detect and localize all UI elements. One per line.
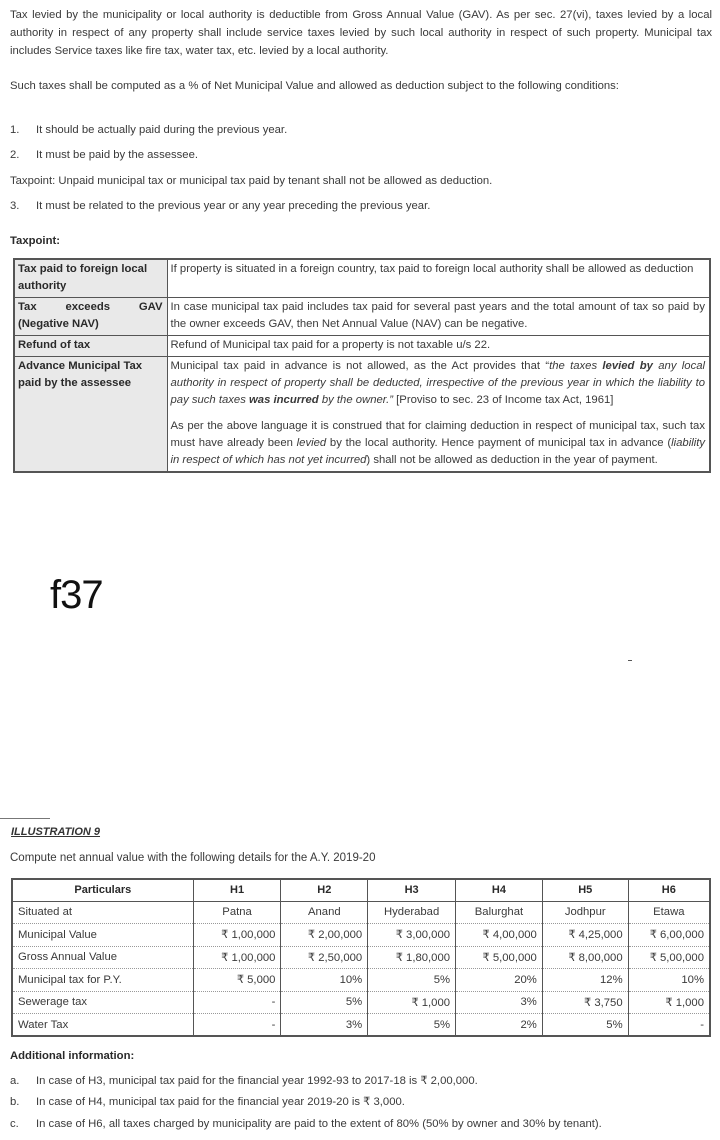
table-row: Water Tax-3%5%2%5%-: [12, 1014, 710, 1037]
illustration-title: ILLUSTRATION 9: [11, 826, 100, 838]
table-row: Tax paid to foreign local authority If p…: [14, 259, 710, 298]
table-cell: 5%: [281, 991, 368, 1014]
row-value-paragraph: As per the above language it is construe…: [171, 418, 706, 469]
condition-number: 3.: [10, 198, 36, 214]
table-cell: 5%: [368, 969, 456, 992]
row-key: Tax exceeds GAV (Negative NAV): [14, 298, 167, 336]
table-cell: -: [193, 1014, 281, 1037]
additional-info-item: a.In case of H3, municipal tax paid for …: [10, 1073, 478, 1089]
table-cell: Hyderabad: [368, 901, 456, 924]
text-run: ) shall not be allowed as deduction in t…: [366, 454, 657, 466]
text-run: was incurred: [249, 394, 319, 406]
table-row: Refund of tax Refund of Municipal tax pa…: [14, 336, 710, 357]
table-cell: ₹ 1,000: [628, 991, 710, 1014]
table-row: Sewerage tax-5%₹ 1,0003%₹ 3,750₹ 1,000: [12, 991, 710, 1014]
row-key: Refund of tax: [14, 336, 167, 357]
text-run: by the local authority. Hence payment of…: [326, 437, 671, 449]
illustration-table: Particulars H1 H2 H3 H4 H5 H6 Situated a…: [11, 878, 711, 1037]
intro-paragraph-1: Tax levied by the municipality or local …: [10, 6, 712, 60]
table-cell: ₹ 2,00,000: [281, 924, 368, 947]
table-cell: ₹ 5,00,000: [628, 946, 710, 969]
text-run: the taxes: [549, 360, 602, 372]
row-key-word: exceeds: [65, 299, 110, 316]
item-text: In case of H6, all taxes charged by muni…: [36, 1118, 602, 1130]
intro-paragraph-2: Such taxes shall be computed as a % of N…: [10, 77, 712, 95]
table-cell: Etawa: [628, 901, 710, 924]
column-header: H2: [281, 879, 368, 901]
table-cell: 3%: [456, 991, 543, 1014]
row-label: Situated at: [12, 901, 193, 924]
additional-info-item: c.In case of H6, all taxes charged by mu…: [10, 1116, 602, 1132]
column-header: H6: [628, 879, 710, 901]
table-cell: -: [193, 991, 281, 1014]
taxpoint-table: Tax paid to foreign local authority If p…: [13, 258, 711, 473]
text-run: Municipal tax paid in advance is not all…: [171, 360, 550, 372]
divider: [0, 818, 50, 819]
table-cell: ₹ 4,00,000: [456, 924, 543, 947]
table-cell: 20%: [456, 969, 543, 992]
row-value: In case municipal tax paid includes tax …: [167, 298, 710, 336]
text-run: [Proviso to sec. 23 of Income tax Act, 1…: [393, 394, 613, 406]
table-cell: ₹ 1,00,000: [193, 924, 281, 947]
table-cell: ₹ 6,00,000: [628, 924, 710, 947]
row-key-line: (Negative NAV): [18, 316, 163, 333]
table-cell: Balurghat: [456, 901, 543, 924]
table-cell: 10%: [628, 969, 710, 992]
table-cell: 3%: [281, 1014, 368, 1037]
table-cell: Patna: [193, 901, 281, 924]
row-key-word: Tax: [18, 299, 37, 316]
condition-text: It must be related to the previous year …: [36, 200, 430, 212]
condition-item: 2.It must be paid by the assessee.: [10, 147, 198, 163]
text-run: levied: [297, 437, 327, 449]
table-cell: Anand: [281, 901, 368, 924]
table-cell: 10%: [281, 969, 368, 992]
row-key-word: GAV: [139, 299, 163, 316]
table-cell: -: [628, 1014, 710, 1037]
row-label: Water Tax: [12, 1014, 193, 1037]
table-row: Municipal tax for P.Y.₹ 5,00010%5%20%12%…: [12, 969, 710, 992]
text-run: by the owner.”: [319, 394, 393, 406]
condition-number: 2.: [10, 147, 36, 163]
table-cell: ₹ 1,00,000: [193, 946, 281, 969]
condition-text: It should be actually paid during the pr…: [36, 124, 287, 136]
page-label: f37: [50, 573, 103, 618]
row-key: Tax paid to foreign local authority: [14, 259, 167, 298]
table-cell: ₹ 5,00,000: [456, 946, 543, 969]
table-cell: ₹ 4,25,000: [542, 924, 628, 947]
condition-item: 3.It must be related to the previous yea…: [10, 198, 430, 214]
item-marker: a.: [10, 1073, 36, 1089]
additional-info-item: b.In case of H4, municipal tax paid for …: [10, 1094, 405, 1110]
row-value: Refund of Municipal tax paid for a prope…: [167, 336, 710, 357]
row-value: Municipal tax paid in advance is not all…: [167, 357, 710, 473]
column-header: H1: [193, 879, 281, 901]
row-key: Advance Municipal Tax paid by the assess…: [14, 357, 167, 473]
table-cell: 5%: [368, 1014, 456, 1037]
item-marker: b.: [10, 1094, 36, 1110]
column-header: H4: [456, 879, 543, 901]
header-row: Particulars H1 H2 H3 H4 H5 H6: [12, 879, 710, 901]
item-text: In case of H4, municipal tax paid for th…: [36, 1096, 405, 1108]
table-cell: ₹ 3,750: [542, 991, 628, 1014]
table-row: Municipal Value₹ 1,00,000₹ 2,00,000₹ 3,0…: [12, 924, 710, 947]
table-cell: ₹ 1,80,000: [368, 946, 456, 969]
row-label: Municipal tax for P.Y.: [12, 969, 193, 992]
row-label: Sewerage tax: [12, 991, 193, 1014]
table-row: Situated atPatnaAnandHyderabadBalurghatJ…: [12, 901, 710, 924]
table-cell: 2%: [456, 1014, 543, 1037]
item-text: In case of H3, municipal tax paid for th…: [36, 1075, 478, 1087]
table-cell: Jodhpur: [542, 901, 628, 924]
row-label: Municipal Value: [12, 924, 193, 947]
text-run: levied by: [602, 360, 653, 372]
illustration-instruction: Compute net annual value with the follow…: [10, 852, 375, 864]
item-marker: c.: [10, 1116, 36, 1132]
additional-info-heading: Additional information:: [10, 1050, 134, 1062]
row-value-paragraph: Municipal tax paid in advance is not all…: [171, 358, 706, 409]
table-row: Gross Annual Value₹ 1,00,000₹ 2,50,000₹ …: [12, 946, 710, 969]
table-cell: 12%: [542, 969, 628, 992]
table-cell: 5%: [542, 1014, 628, 1037]
condition-item: 1.It should be actually paid during the …: [10, 122, 287, 138]
row-label: Gross Annual Value: [12, 946, 193, 969]
row-value: If property is situated in a foreign cou…: [167, 259, 710, 298]
table-cell: ₹ 8,00,000: [542, 946, 628, 969]
column-header: Particulars: [12, 879, 193, 901]
condition-number: 1.: [10, 122, 36, 138]
table-cell: ₹ 1,000: [368, 991, 456, 1014]
table-row: Advance Municipal Tax paid by the assess…: [14, 357, 710, 473]
table-cell: ₹ 2,50,000: [281, 946, 368, 969]
table-cell: ₹ 5,000: [193, 969, 281, 992]
table-cell: ₹ 3,00,000: [368, 924, 456, 947]
column-header: H5: [542, 879, 628, 901]
table-row: Tax exceeds GAV (Negative NAV) In case m…: [14, 298, 710, 336]
column-header: H3: [368, 879, 456, 901]
stray-mark: [628, 660, 632, 661]
taxpoint-heading: Taxpoint:: [10, 233, 60, 249]
taxpoint-note: Taxpoint: Unpaid municipal tax or munici…: [10, 173, 492, 189]
condition-text: It must be paid by the assessee.: [36, 149, 198, 161]
